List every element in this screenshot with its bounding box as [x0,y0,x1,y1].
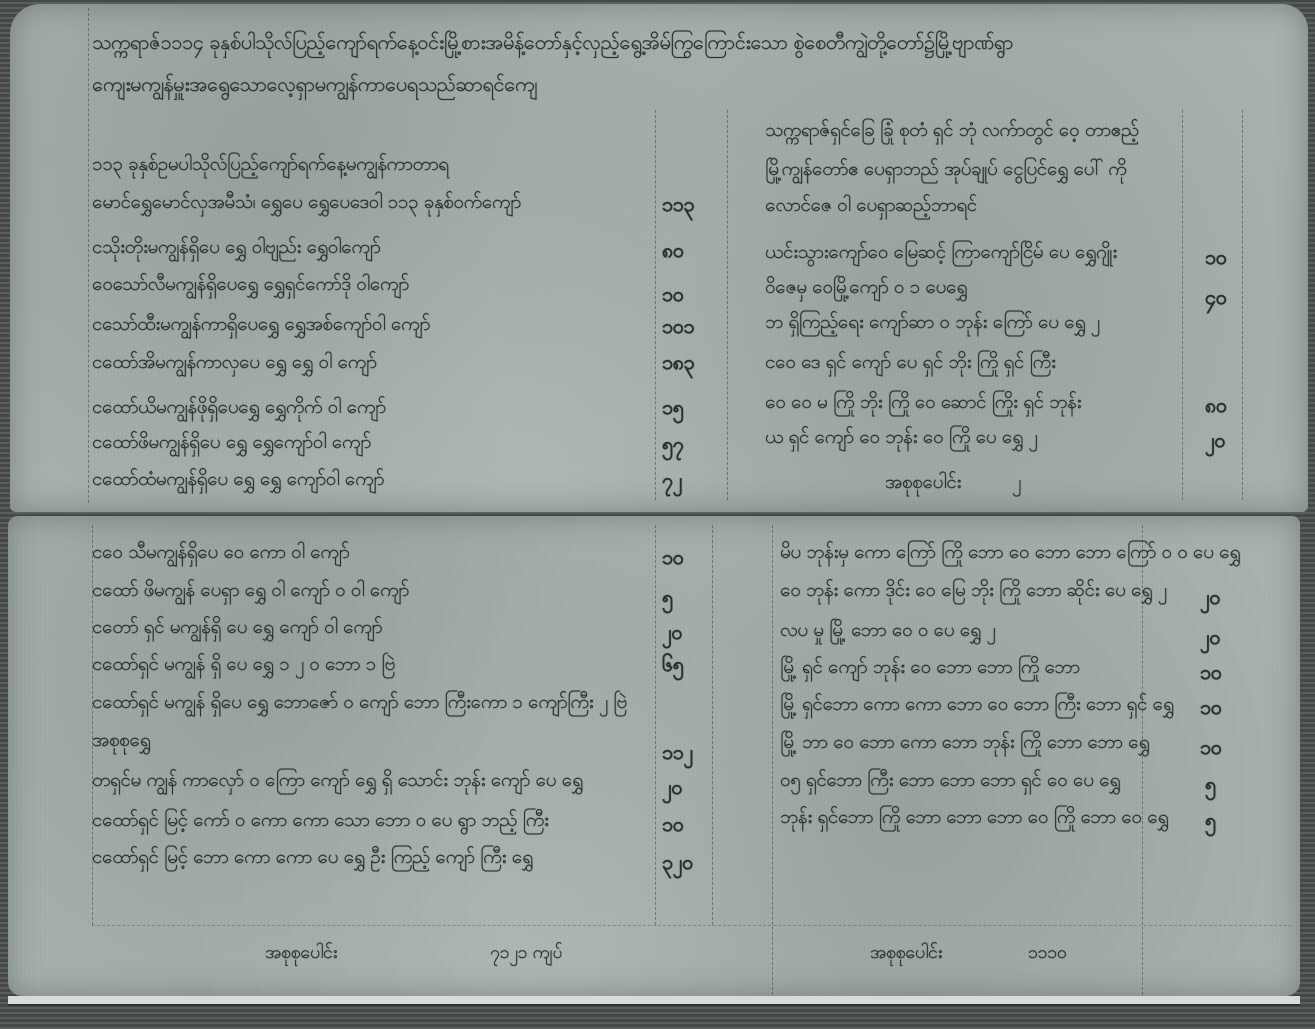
subtotal-label: အစုစုပေါင်း [885,470,961,494]
entry-text: မောင်ရွှေမောင်လှအမီသံ၊ ရွှေပေ ရွှေပေဒေဝါ… [92,190,521,214]
header-line: သက္ကရာဇ်၁၁၁၄ ခုနှစ်ပါသိုလ်ပြည့်ကျော်ရက်န… [92,30,1013,54]
column-rule [712,525,713,925]
entry-number: ၂၀ [1200,585,1220,609]
header-line: ကျေးမကျွန်မှူးအရွေသောလေ့ရှာမကျွန်ကာပေရသည… [92,72,537,96]
entry-number: ၁၀ [662,282,684,306]
entry-number: ၂၀ [662,775,682,799]
column-rule [655,525,656,925]
footer-total-value-right: ၁၁၁၀ [1028,940,1067,967]
footer-total-label-right: အစုစုပေါင်း [870,940,942,967]
column-rule [1182,110,1183,500]
entry-number: ၂၀ [662,620,682,644]
intro-line: မြို့ကျွန်တော်ဧ ပေရှာဘည် အုပ်ချုပ် ငွေပြ… [765,157,1126,181]
entry-text: ငဝေ ဒေ ရှင် ကျော် ပေ ရှင် ဘိုး ကြို ရှင်… [765,350,1056,374]
footer-total-value-center: ၇၁၂၁ ကျပ် [490,940,562,967]
entry-text: ငထော်ရှင် မြင့် ဘော ကော ကော ပေ ရွှေ ဦး က… [92,845,533,869]
entry-number: ၇၂ [662,468,682,492]
column-rule [727,110,728,500]
entry-text: ငထော်ရှင် မကျွန် ရှိပေ ရွှေ ဘောဇော် ဝ ကျ… [92,690,627,714]
column-rule [1242,110,1243,500]
footer-total-label-left: အစုစုပေါင်း [265,940,337,967]
entry-text: ငထော် ဖိမကျွန် ပေရှာ ရွှေ ဝါ ကျော် ဝ ဝါ … [92,578,409,602]
entry-number: ၁၀ [662,812,684,836]
entry-text: ဘုန်း ရှင်ဘော ကြို ဘော ဘော ဘော ဝေ ကြို ဘ… [780,805,1168,829]
entry-number: ၁၈၃ [662,350,694,374]
column-rule [655,110,656,500]
entry-text: ငသော်ထီးမကျွန်ကာရှိပေရွှေ ရွှေအစ်ကျော်ဝါ… [92,312,430,336]
leaf-edge [8,996,1300,1006]
entry-text: ဝေ ဘုန်း ကော ဒိုင်း ဝေ မြေ ဘိုး ကြို ဘော… [780,578,1167,602]
entry-number: ၁၁၃ [662,192,694,216]
entry-number: ၁၀ [662,545,684,569]
entry-number: ၁၀ [1200,660,1222,684]
entry-number: ၂၀ [1200,625,1220,649]
entry-text: ဝေသော်လီမကျွန်ရှိပေရွှေ ရွှေရှင်ကော်ဒို … [92,272,409,296]
entry-number: ၁၀ [1200,695,1222,719]
entry-text: မိပ ဘုန်းမှ ကော ကြော် ကြို ဘော ဝေ ဘော ဘေ… [780,540,1240,564]
entry-number: ၆၅ [662,652,684,676]
entry-text: မြို့ ဘာ ဝေ ဘော ကော ဘော ဘုန်း ကြို ဘော ဘ… [780,730,1149,754]
subtotal-value: ၂ [1012,470,1021,494]
entry-text: ငထော်ရှင် မြင့် ကော် ဝ ကော ကော သော ဘော ဝ… [92,808,549,832]
entry-text: တရှင်မ ကျွန် ကာလှော် ဝ ကြော ကျော် ရွှေ ရ… [92,768,583,792]
entry-number: ၃၂၀ [662,850,693,874]
entry-number: ၁၀၁ [662,314,694,338]
footer-rule [92,925,1292,926]
entry-text: ၁၁၃ ခုနှစ်ဥမပါသိုလ်ပြည့်ကျော်ရက်နေ့မကျွန… [92,152,449,176]
entry-text: ငထော်ဖိမကျွန်ရှိပေ ရွှေ ရွှေကျော်ဝါ ကျော… [92,430,371,454]
entry-text: ယ ရှင် ကျော် ဝေ ဘုန်း ဝေ ကြို ပေ ရွှေ ၂ [765,425,1037,449]
entry-number: ၅၇ [662,432,684,456]
entry-number: ၁၁၂ [662,740,693,764]
entry-text: ငတော် ရှင် မကျွန်ရှိ ပေ ရွှေ ကျော် ဝါ ကျ… [92,615,382,639]
entry-number: ၈၀ [1205,393,1227,417]
entry-text: ငဝေ သီမကျွန်ရှိပေ ဝေ ကော ဝါ ကျော် [92,540,349,564]
entry-text: မြို့ ရှင်ဘော ကော ကော ဘော ဝေ ဘော ကြီး ဘေ… [780,692,1174,716]
margin-rule [88,8,89,503]
entry-text: ယင်းသွားကျော်ဝေ မြေဆင့် ကြာကျော်ငြိမ် ပေ… [765,240,1117,264]
entry-number: ၂၀ [1205,428,1225,452]
entry-text: ဝိဇေမှ ဝေမြို့ကျော် ဝ ၁ ပေရွှေ [765,275,967,299]
entry-text: ငသိုးတိုးမကျွန်ရှိပေ ရွှေ ဝါဗျည်း ရွှေဝါ… [92,235,380,259]
entry-text: ၀၅ ရှင်ဘော ကြီး ဘော ဘော ဘော ရှင် ဝေ ပေ ရ… [780,768,1120,792]
intro-line: သက္ကရာဇ်ရှင်ခြေ ခြုံ စုတံ ရှင် ဘုံ လက်ာတ… [765,118,1139,142]
entry-text: လပ မှု မြို့ ဘော ဝေ ဝ ပေ ရွှေ ၂ [780,618,995,642]
entry-text: ငထော်ယိမကျွန်ဖိုရှိပေရွှေ ရွှေကိုက် ဝါ က… [92,395,386,419]
entry-text: ငထော်အိမကျွန်ကာလှပေ ရွှေ ရွှေ ဝါ ကျော် [92,350,377,374]
entry-number: ၅ [1205,808,1216,832]
entry-number: ၅ [1205,772,1216,796]
entry-number: ၅ [662,585,673,609]
entry-text: ငထော်ထံမကျွန်ရှိပေ ရွှေ ရွှေ ကျော်ဝါ ကျေ… [92,467,384,491]
entry-text: ငထော်ရှင် မကျွန် ရှိ ပေ ရွှေ ၁ ၂ ဝ ဘော ၁… [92,652,395,676]
entry-text: အစုစုရွှေ [92,728,150,752]
entry-number: ၁၀ [1200,735,1222,759]
entry-text: ဝေ ဝေ မ ကြို ဘိုး ကြို ဝေ ဆောင် ကြိုး ရှ… [765,390,1081,414]
entry-number: ၈၀ [662,238,684,262]
entry-number: ၁၀ [1205,245,1227,269]
entry-text: မြို့ ရှင် ကျော် ဘုန်း ဝေ ဘော ဘော ကြို ဘ… [780,655,1080,679]
intro-line: လောင်ဇေ ဝါ ပေရှာဆည့်ဘာရင် [765,193,977,217]
entry-number: ၄၀ [1205,285,1227,309]
entry-text: ဘ ရှိကြည့်ရေး ကျော်ဆာ ဝ ဘုန်း ကြော် ပေ ရ… [765,310,1100,334]
entry-number: ၁၅ [662,395,684,419]
